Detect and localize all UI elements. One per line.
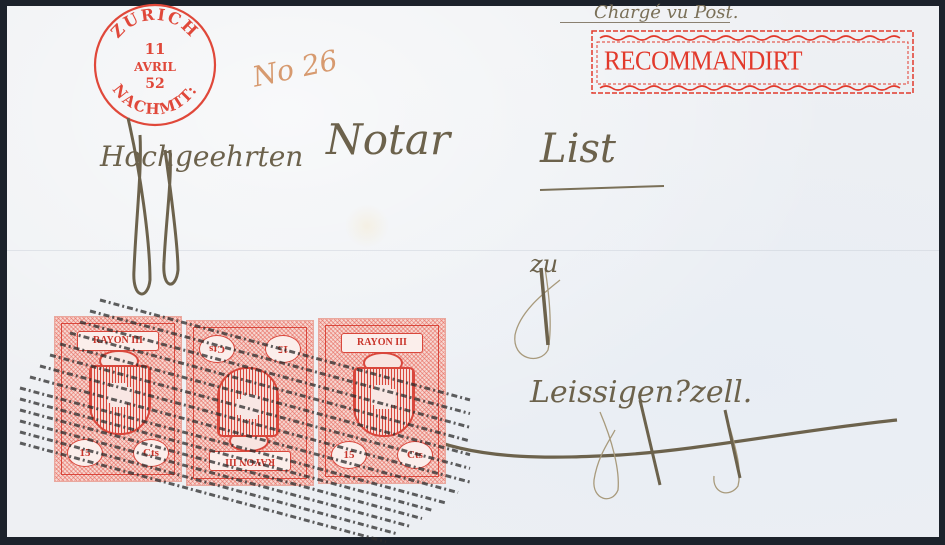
swiss-cross-icon <box>375 385 391 409</box>
swiss-cross-icon <box>241 395 257 419</box>
stamp-currency: Cts <box>133 439 169 467</box>
address-title: Notar <box>326 115 450 164</box>
address-salutation: Hochgeehrten <box>100 140 303 173</box>
stamp-2-inverted: RAYON III 15 Cts <box>186 320 314 486</box>
stamp-value: 15 <box>67 439 103 467</box>
stamp-banner: RAYON III <box>77 331 159 351</box>
stamp-banner: RAYON III <box>209 451 291 471</box>
stamp-banner: RAYON III <box>341 333 423 353</box>
stamp-1: RAYON III 15 Cts <box>54 316 182 482</box>
address-name: List <box>540 126 616 172</box>
stamp-value: 15 <box>331 441 367 469</box>
swiss-cross-icon <box>111 383 127 407</box>
stamp-value: 15 <box>265 335 301 363</box>
address-town: Leissigen?zell. <box>530 375 752 410</box>
address-preposition: zu <box>530 250 558 278</box>
stamp-3: RAYON III 15 Cts <box>318 318 446 484</box>
stamp-currency: Cts <box>397 441 433 469</box>
stamp-currency: Cts <box>199 335 235 363</box>
stamp-strip: RAYON III 15 Cts RAYON III 15 Cts RAYON … <box>50 316 460 488</box>
